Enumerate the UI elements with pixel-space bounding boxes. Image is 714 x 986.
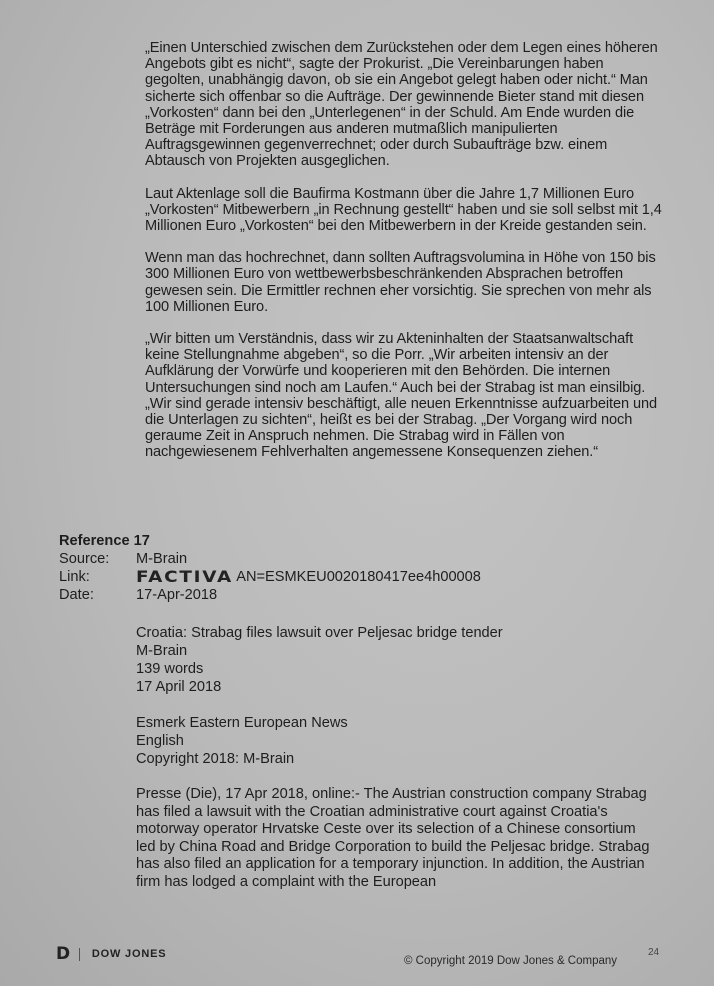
dow-jones-logo: D DOW JONES	[56, 944, 166, 964]
logo-divider	[79, 948, 80, 961]
date-value: 17-Apr-2018	[136, 586, 217, 604]
reference-title: Reference 17	[59, 532, 679, 550]
footer-copyright: © Copyright 2019 Dow Jones & Company	[404, 955, 617, 967]
dow-jones-mark-icon: D	[56, 944, 71, 964]
paragraph: Laut Aktenlage soll die Baufirma Kostman…	[145, 186, 665, 235]
link-row[interactable]: Link: FACTIVA AN=ESMKEU0020180417ee4h000…	[59, 568, 679, 586]
article-word-count: 139 words	[136, 660, 656, 678]
article-language: English	[136, 732, 656, 750]
paragraph: „Wir bitten um Verständnis, dass wir zu …	[145, 331, 665, 461]
article-meta: Croatia: Strabag files lawsuit over Pelj…	[136, 624, 656, 696]
source-label: Source:	[59, 550, 136, 568]
link-value[interactable]: AN=ESMKEU0020180417ee4h00008	[236, 568, 481, 586]
publication-meta: Esmerk Eastern European News English Cop…	[136, 714, 656, 768]
german-article-body: „Einen Unterschied zwischen dem Zurückst…	[145, 40, 665, 477]
document-page: „Einen Unterschied zwischen dem Zurückst…	[0, 0, 714, 986]
paragraph: Wenn man das hochrechnet, dann sollten A…	[145, 250, 665, 315]
paragraph: „Einen Unterschied zwischen dem Zurückst…	[145, 40, 665, 170]
source-row: Source: M-Brain	[59, 550, 679, 568]
dow-jones-brand: DOW JONES	[92, 948, 166, 960]
article-headline: Croatia: Strabag files lawsuit over Pelj…	[136, 624, 656, 642]
referenced-article: Croatia: Strabag files lawsuit over Pelj…	[136, 624, 656, 892]
source-value: M-Brain	[136, 550, 187, 568]
date-row: Date: 17-Apr-2018	[59, 586, 679, 604]
article-lead: Presse (Die), 17 Apr 2018, online:- The …	[136, 786, 656, 892]
article-copyright: Copyright 2018: M-Brain	[136, 750, 656, 768]
link-label: Link:	[59, 568, 136, 586]
article-publication: Esmerk Eastern European News	[136, 714, 656, 732]
page-number: 24	[648, 947, 659, 958]
date-label: Date:	[59, 586, 136, 604]
factiva-logo: FACTIVA	[136, 568, 247, 586]
article-source: M-Brain	[136, 642, 656, 660]
article-date: 17 April 2018	[136, 678, 656, 696]
reference-block: Reference 17 Source: M-Brain Link: FACTI…	[59, 532, 679, 604]
